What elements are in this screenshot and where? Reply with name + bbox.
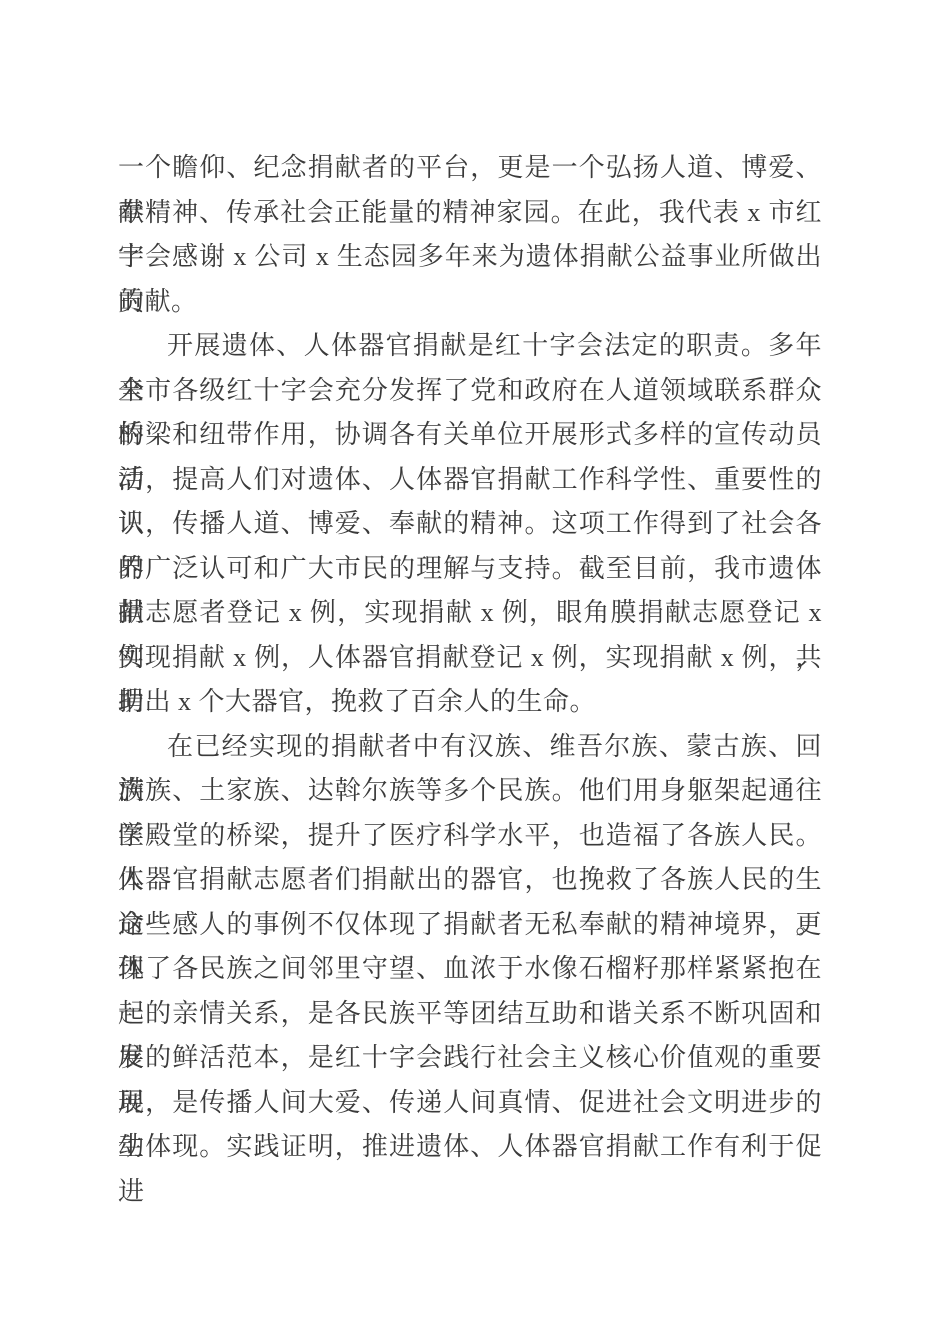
document-body: 一个瞻仰、纪念捐献者的平台，更是一个弘扬人道、博爱、奉 献精神、传承社会正能量的… <box>118 146 822 1170</box>
text-line: 的广泛认可和广大市民的理解与支持。截至目前，我市遗体捐 <box>118 547 822 592</box>
text-line: 体器官捐献志愿者们捐献出的器官，也挽救了各族人民的生命。 <box>118 858 822 903</box>
text-line: 现了各民族之间邻里守望、血浓于水像石榴籽那样紧紧抱在一 <box>118 947 822 992</box>
text-line: 动体现。实践证明，推进遗体、人体器官捐献工作有利于促进 <box>118 1125 822 1170</box>
text-line: 开展遗体、人体器官捐献是红十字会法定的职责。多年来 <box>118 324 822 369</box>
text-line: 字会感谢 x 公司 x 生态园多年来为遗体捐献公益事业所做出的 <box>118 235 822 280</box>
text-line: 助出 x 个大器官，挽救了百余人的生命。 <box>118 680 822 725</box>
document-page: 一个瞻仰、纪念捐献者的平台，更是一个弘扬人道、博爱、奉 献精神、传承社会正能量的… <box>0 0 950 1344</box>
text-line: 这些感人的事例不仅体现了捐献者无私奉献的精神境界，更体 <box>118 903 822 948</box>
text-line: 在已经实现的捐献者中有汉族、维吾尔族、蒙古族、回族 <box>118 725 822 770</box>
text-line: 识，传播人道、博爱、奉献的精神。这项工作得到了社会各界 <box>118 502 822 547</box>
text-line: 一个瞻仰、纪念捐献者的平台，更是一个弘扬人道、博爱、奉 <box>118 146 822 191</box>
text-line: 献精神、传承社会正能量的精神家园。在此，我代表 x 市红十 <box>118 191 822 236</box>
text-line: 献志愿者登记 x 例，实现捐献 x 例，眼角膜捐献志愿登记 x 例， <box>118 591 822 636</box>
text-line: 动，提高人们对遗体、人体器官捐献工作科学性、重要性的认 <box>118 458 822 503</box>
text-line: 起的亲情关系，是各民族平等团结互助和谐关系不断巩固和发 <box>118 992 822 1037</box>
text-line: 现，是传播人间大爱、传递人间真情、促进社会文明进步的生 <box>118 1081 822 1126</box>
text-line: 贡献。 <box>118 280 822 325</box>
text-line: 实现捐献 x 例，人体器官捐献登记 x 例，实现捐献 x 例，共捐 <box>118 636 822 681</box>
paragraph: 开展遗体、人体器官捐献是红十字会法定的职责。多年来 全市各级红十字会充分发挥了党… <box>118 324 822 725</box>
text-line: 桥梁和纽带作用，协调各有关单位开展形式多样的宣传动员活 <box>118 413 822 458</box>
paragraph: 在已经实现的捐献者中有汉族、维吾尔族、蒙古族、回族 满族、土家族、达斡尔族等多个… <box>118 725 822 1170</box>
text-line: 满族、土家族、达斡尔族等多个民族。他们用身躯架起通往医 <box>118 769 822 814</box>
text-line: 全市各级红十字会充分发挥了党和政府在人道领域联系群众的 <box>118 369 822 414</box>
text-line: 展的鲜活范本，是红十字会践行社会主义核心价值观的重要展 <box>118 1036 822 1081</box>
text-line: 学殿堂的桥梁，提升了医疗科学水平，也造福了各族人民。人 <box>118 814 822 859</box>
paragraph: 一个瞻仰、纪念捐献者的平台，更是一个弘扬人道、博爱、奉 献精神、传承社会正能量的… <box>118 146 822 324</box>
